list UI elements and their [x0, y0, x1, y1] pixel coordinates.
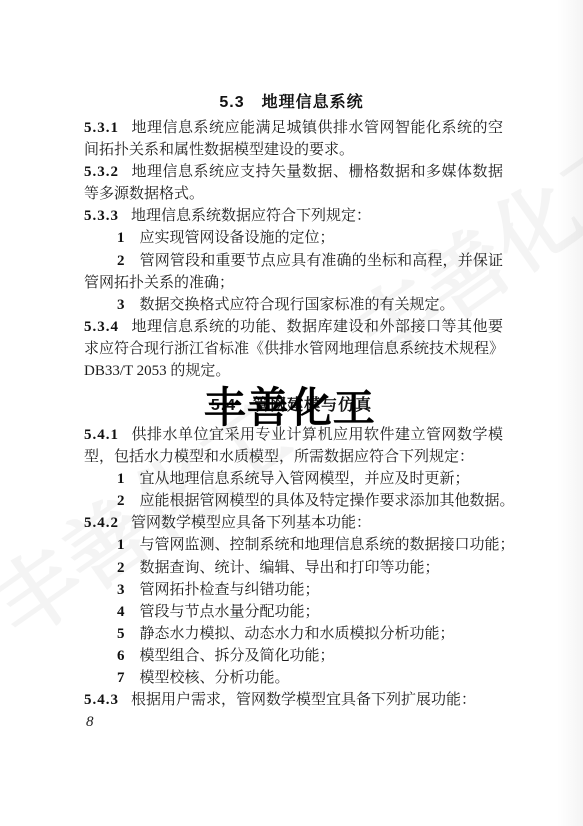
clause-line-4: 4管段与节点水量分配功能；: [84, 601, 503, 623]
clause-label: 2: [117, 493, 125, 509]
clause-line-2: 2应能根据管网模型的具体及特定操作要求添加其他数据。: [84, 490, 503, 512]
overlay-watermark: 丰善化工: [204, 386, 376, 430]
clause-line-2: 2管网管段和重要节点应具有准确的坐标和高程，并保证: [84, 250, 503, 272]
clause-line-7: 7模型校核、分析功能。: [84, 667, 503, 689]
clause-text: 地理信息系统应能满足城镇供排水管网智能化系统的空: [131, 120, 503, 136]
clause-line-3: 3数据交换格式应符合现行国家标准的有关规定。: [84, 294, 503, 316]
section-5-4-body: 5.4.1供排水单位宜采用专业计算机应用软件建立管网数学模型，包括水力模型和水质…: [84, 424, 503, 711]
clause-line-5.3.3: 5.3.3地理信息系统数据应符合下列规定：: [84, 205, 503, 227]
section-heading-5-3: 5.3 地理信息系统: [0, 94, 583, 112]
clause-text: 管网数学模型应具备下列基本功能：: [131, 515, 371, 531]
clause-text: 模型组合、拆分及简化功能；: [140, 648, 335, 664]
clause-label: 7: [117, 670, 125, 686]
clause-text: 型，包括水力模型和水质模型，所需数据应符合下列规定：: [84, 449, 474, 465]
clause-text: 求应符合现行浙江省标准《供排水管网地理信息系统技术规程》: [84, 341, 503, 357]
clause-continuation-line: 求应符合现行浙江省标准《供排水管网地理信息系统技术规程》: [84, 338, 503, 360]
clause-label: 5.3.3: [84, 208, 119, 224]
clause-label: 5.3.4: [84, 319, 119, 335]
clause-text: 管网拓扑检查与纠错功能；: [140, 582, 320, 598]
clause-label: 4: [117, 604, 125, 620]
clause-line-5.3.4: 5.3.4地理信息系统的功能、数据库建设和外部接口等其他要: [84, 316, 503, 338]
clause-label: 5.4.1: [84, 427, 119, 443]
document-page: 丰善化工 丰善化工 5.3 地理信息系统 5.3.1地理信息系统应能满足城镇供排…: [0, 0, 583, 826]
clause-line-1: 1应实现管网设备设施的定位；: [84, 227, 503, 249]
clause-label: 5.4.3: [84, 692, 119, 708]
clause-text: 地理信息系统的功能、数据库建设和外部接口等其他要: [131, 319, 503, 335]
clause-label: 2: [117, 253, 125, 269]
clause-text: 应实现管网设备设施的定位；: [140, 230, 335, 246]
clause-text: 根据用户需求，管网数学模型宜具备下列扩展功能：: [131, 692, 476, 708]
clause-label: 3: [117, 297, 125, 313]
clause-text: DB33/T 2053 的规定。: [84, 363, 230, 379]
clause-text: 数据交换格式应符合现行国家标准的有关规定。: [140, 297, 455, 313]
clause-text: 应能根据管网模型的具体及特定操作要求添加其他数据。: [140, 493, 515, 509]
clause-line-2: 2数据查询、统计、编辑、导出和打印等功能；: [84, 557, 503, 579]
clause-text: 地理信息系统应支持矢量数据、栅格数据和多媒体数据: [131, 164, 503, 180]
clause-text: 管网拓扑关系的准确；: [84, 275, 234, 291]
clause-line-1: 1宜从地理信息系统导入管网模型，并应及时更新；: [84, 468, 503, 490]
clause-continuation-line: 管网拓扑关系的准确；: [84, 272, 503, 294]
clause-line-6: 6模型组合、拆分及简化功能；: [84, 645, 503, 667]
clause-continuation-line: 等多源数据格式。: [84, 183, 503, 205]
clause-label: 1: [117, 537, 125, 553]
clause-label: 1: [117, 230, 125, 246]
clause-label: 5.3.2: [84, 164, 119, 180]
clause-label: 6: [117, 648, 125, 664]
clause-label: 1: [117, 471, 125, 487]
clause-label: 2: [117, 560, 125, 576]
clause-text: 静态水力模拟、动态水力和水质模拟分析功能；: [140, 626, 455, 642]
clause-text: 模型校核、分析功能。: [140, 670, 290, 686]
clause-text: 数据查询、统计、编辑、导出和打印等功能；: [140, 560, 440, 576]
clause-line-1: 1与管网监测、控制系统和地理信息系统的数据接口功能；: [84, 534, 503, 556]
section-5-3-body: 5.3.1地理信息系统应能满足城镇供排水管网智能化系统的空间拓扑关系和属性数据模…: [84, 117, 503, 382]
clause-text: 间拓扑关系和属性数据模型建设的要求。: [84, 142, 354, 158]
clause-label: 5.4.2: [84, 515, 119, 531]
page-number: 8: [86, 714, 94, 731]
clause-line-3: 3管网拓扑检查与纠错功能；: [84, 579, 503, 601]
clause-continuation-line: DB33/T 2053 的规定。: [84, 360, 503, 382]
clause-label: 5.3.1: [84, 120, 119, 136]
clause-line-5.3.2: 5.3.2地理信息系统应支持矢量数据、栅格数据和多媒体数据: [84, 161, 503, 183]
clause-text: 地理信息系统数据应符合下列规定：: [131, 208, 371, 224]
clause-line-5.4.3: 5.4.3根据用户需求，管网数学模型宜具备下列扩展功能：: [84, 689, 503, 711]
clause-line-5: 5静态水力模拟、动态水力和水质模拟分析功能；: [84, 623, 503, 645]
clause-label: 3: [117, 582, 125, 598]
clause-continuation-line: 型，包括水力模型和水质模型，所需数据应符合下列规定：: [84, 446, 503, 468]
clause-line-5.3.1: 5.3.1地理信息系统应能满足城镇供排水管网智能化系统的空: [84, 117, 503, 139]
clause-text: 管网管段和重要节点应具有准确的坐标和高程，并保证: [140, 253, 504, 269]
clause-text: 等多源数据格式。: [84, 186, 204, 202]
clause-continuation-line: 间拓扑关系和属性数据模型建设的要求。: [84, 139, 503, 161]
clause-line-5.4.2: 5.4.2管网数学模型应具备下列基本功能：: [84, 512, 503, 534]
clause-text: 宜从地理信息系统导入管网模型，并应及时更新；: [140, 471, 470, 487]
clause-text: 与管网监测、控制系统和地理信息系统的数据接口功能；: [140, 537, 515, 553]
clause-text: 管段与节点水量分配功能；: [140, 604, 320, 620]
clause-label: 5: [117, 626, 125, 642]
